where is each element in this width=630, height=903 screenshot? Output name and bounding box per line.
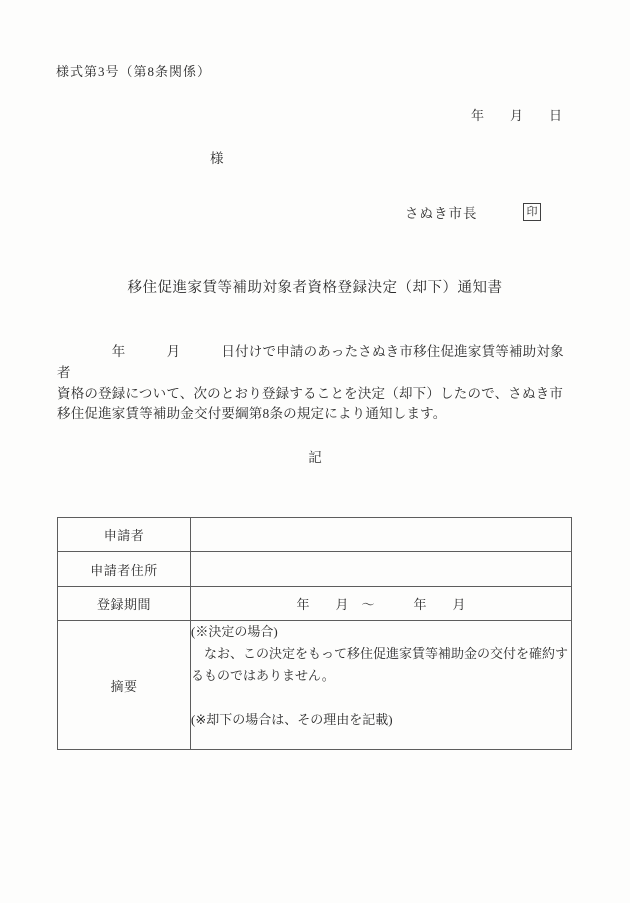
row-value-applicant <box>191 518 572 552</box>
table-row-remarks: 摘要 (※決定の場合) なお、この決定をもって移住促進家賃等補助金の交付を確約す… <box>58 621 572 750</box>
ki-marker: 記 <box>0 450 630 466</box>
table-row-registration-period: 登録期間 年 月 ～ 年 月 <box>58 587 572 621</box>
row-value-registration-period: 年 月 ～ 年 月 <box>191 587 572 621</box>
body-paragraph: 年 月 日付けで申請のあったさぬき市移住促進家賃等補助対象者 資格の登録について… <box>57 342 577 425</box>
row-label-applicant-address: 申請者住所 <box>58 552 191 587</box>
table-row-applicant-address: 申請者住所 <box>58 552 572 587</box>
table-row-applicant: 申請者 <box>58 518 572 552</box>
seal-mark: 印 <box>523 203 541 221</box>
form-number: 様式第3号（第8条関係） <box>56 64 211 79</box>
row-label-remarks: 摘要 <box>58 621 191 750</box>
document-page: 様式第3号（第8条関係） 年 月 日 様 さぬき市長 印 移住促進家賃等補助対象… <box>0 0 630 903</box>
document-title: 移住促進家賃等補助対象者資格登録決定（却下）通知書 <box>0 280 630 297</box>
row-value-remarks: (※決定の場合) なお、この決定をもって移住促進家賃等補助金の交付を確約す るも… <box>191 621 572 750</box>
row-label-registration-period: 登録期間 <box>58 587 191 621</box>
sender-name: さぬき市長 <box>405 206 478 222</box>
form-table: 申請者 申請者住所 登録期間 年 月 ～ 年 月 摘要 (※決定の場合) なお、… <box>57 517 572 750</box>
row-label-applicant: 申請者 <box>58 518 191 552</box>
date-line: 年 月 日 <box>471 108 562 123</box>
addressee-suffix: 様 <box>210 151 224 167</box>
row-value-applicant-address <box>191 552 572 587</box>
